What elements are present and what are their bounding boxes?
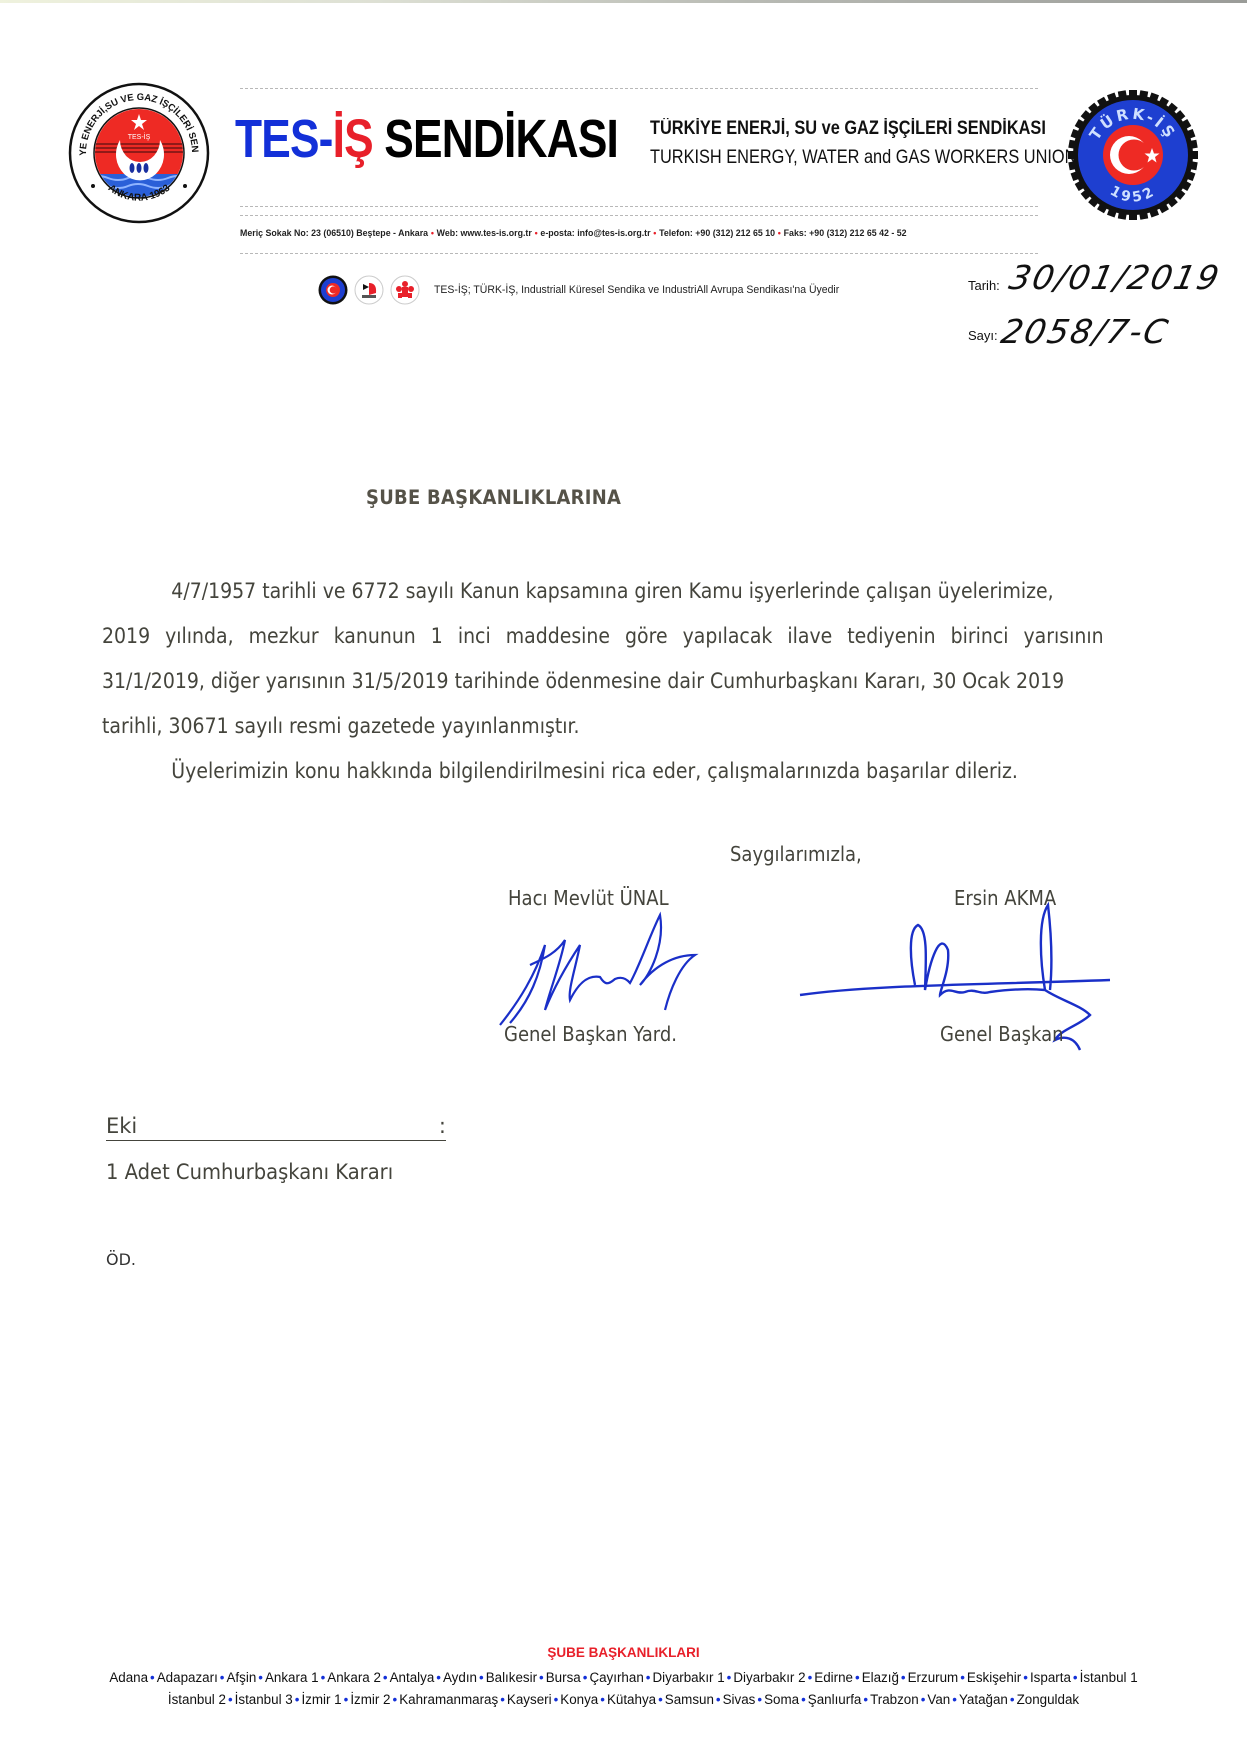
branch-name: Çayırhan (589, 1670, 643, 1685)
letter-paragraph-1: 4/7/1957 tarihli ve 6772 sayılı Kanun ka… (102, 569, 1240, 749)
union-name-turkish: TÜRKİYE ENERJİ, SU ve GAZ İŞÇİLERİ SENDİ… (650, 118, 1046, 140)
bullet-separator: • (428, 228, 437, 239)
bullet-separator: • (853, 1670, 862, 1685)
phone-text: Telefon: +90 (312) 212 65 10 (659, 228, 775, 239)
branch-name: Samsun (665, 1692, 714, 1707)
brand-part-is: İŞ (333, 109, 373, 169)
branch-name: İstanbul 1 (1080, 1670, 1138, 1685)
bullet-separator: • (755, 1692, 764, 1707)
bullet-separator: • (434, 1670, 443, 1685)
branch-name: Ankara 2 (327, 1670, 381, 1685)
header-rule (240, 253, 1038, 254)
email-link[interactable]: e-posta: info@tes-is.org.tr (540, 228, 650, 239)
paragraph-line: 31/1/2019, diğer yarısının 31/5/2019 tar… (102, 659, 1126, 704)
union-name-english: TURKISH ENERGY, WATER and GAS WORKERS UN… (650, 147, 1076, 169)
bullet-separator: • (532, 228, 541, 239)
membership-text: TES-İŞ; TÜRK-İŞ, Industriall Küresel Sen… (434, 284, 839, 296)
date-handwritten: 30/01/2019 (1006, 258, 1224, 297)
bullet-separator: • (537, 1670, 546, 1685)
fax-text: Faks: +90 (312) 212 65 42 - 52 (784, 228, 907, 239)
bullet-separator: • (950, 1692, 959, 1707)
date-label: Tarih: (968, 278, 1000, 293)
branch-name: Sivas (723, 1692, 756, 1707)
branch-name: Trabzon (870, 1692, 919, 1707)
branch-name: Adana (109, 1670, 148, 1685)
header-rule (240, 206, 1038, 207)
brand-part-sendikasi: SENDİKASI (384, 109, 618, 169)
branch-name: Antalya (390, 1670, 435, 1685)
footer-branches-line-1: Adana•Adapazarı•Afşin•Ankara 1•Ankara 2•… (0, 1670, 1247, 1685)
bullet-separator: • (256, 1670, 265, 1685)
distribution-note: ÖD. (106, 1250, 136, 1269)
turk-is-mini-logo-icon (318, 275, 348, 305)
attachments-label-text: Eki (106, 1114, 137, 1138)
bullet-separator: • (148, 1670, 157, 1685)
attachments-label: Eki : (106, 1114, 446, 1141)
branch-name: İzmir 1 (301, 1692, 341, 1707)
paragraph-line: tarihli, 30671 sayılı resmi gazetede yay… (102, 704, 1126, 749)
website-link[interactable]: Web: www.tes-is.org.tr (437, 228, 532, 239)
branch-name: Aydın (443, 1670, 477, 1685)
branch-name: Diyarbakır 2 (733, 1670, 805, 1685)
membership-row: TES-İŞ; TÜRK-İŞ, Industriall Küresel Sen… (318, 275, 875, 305)
branch-name: Kahramanmaraş (399, 1692, 498, 1707)
bullet-separator: • (775, 228, 784, 239)
branch-name: Kütahya (607, 1692, 656, 1707)
closing-salutation: Saygılarımızla, (730, 842, 862, 866)
address-text: Meriç Sokak No: 23 (06510) Beştepe - Ank… (240, 228, 428, 239)
branch-name: Ankara 1 (265, 1670, 319, 1685)
bullet-separator: • (899, 1670, 908, 1685)
bullet-separator: • (1071, 1670, 1080, 1685)
header-rule (240, 88, 1038, 89)
bullet-separator: • (799, 1692, 808, 1707)
branch-name: Eskişehir (967, 1670, 1021, 1685)
bullet-separator: • (656, 1692, 665, 1707)
signatory-1-title: Genel Başkan Yard. (504, 1022, 677, 1046)
brand-part-tes: TES- (235, 109, 333, 169)
branch-name: Edirne (814, 1670, 853, 1685)
union-brand-logotype: TES-İŞSENDİKASI (235, 112, 618, 166)
letter-recipient-heading: ŞUBE BAŞKANLIKLARINA (366, 486, 621, 509)
branch-name: Balıkesir (486, 1670, 537, 1685)
tes-is-emblem-icon: TES-İŞ TÜRKİYE ENERJİ,SU VE GAZ İŞÇİLERİ… (68, 82, 210, 224)
branch-name: Kayseri (507, 1692, 552, 1707)
svg-text:TES-İŞ: TES-İŞ (128, 132, 151, 141)
scan-top-edge (0, 0, 1247, 3)
header-rule (240, 215, 1038, 216)
bullet-separator: • (218, 1670, 227, 1685)
branch-name: Yatağan (959, 1692, 1008, 1707)
bullet-separator: • (806, 1670, 815, 1685)
bullet-separator: • (861, 1692, 870, 1707)
contact-address-line: Meriç Sokak No: 23 (06510) Beştepe - Ank… (240, 228, 907, 239)
bullet-separator: • (598, 1692, 607, 1707)
branch-name: İstanbul 2 (168, 1692, 226, 1707)
footer-branches-title: ŞUBE BAŞKANLIKLARI (0, 1645, 1247, 1660)
branch-name: Erzurum (908, 1670, 959, 1685)
industriall-europe-logo-icon (390, 275, 420, 305)
bullet-separator: • (651, 228, 660, 239)
bullet-separator: • (552, 1692, 561, 1707)
branch-name: Elazığ (862, 1670, 899, 1685)
bullet-separator: • (477, 1670, 486, 1685)
branch-name: Adapazarı (157, 1670, 218, 1685)
bullet-separator: • (1021, 1670, 1030, 1685)
paragraph-line: Üyelerimizin konu hakkında bilgilendiril… (102, 749, 1126, 794)
bullet-separator: • (391, 1692, 400, 1707)
branch-name: Diyarbakır 1 (652, 1670, 724, 1685)
bullet-separator: • (958, 1670, 967, 1685)
attachment-item: 1 Adet Cumhurbaşkanı Kararı (106, 1160, 393, 1184)
number-handwritten: 2058/7-C (998, 312, 1173, 351)
bullet-separator: • (714, 1692, 723, 1707)
signatory-2-title: Genel Başkan (940, 1022, 1064, 1046)
branch-name: Isparta (1030, 1670, 1071, 1685)
branch-name: Soma (764, 1692, 799, 1707)
branch-name: Bursa (546, 1670, 581, 1685)
bullet-separator: • (226, 1692, 235, 1707)
industriall-global-logo-icon (354, 275, 384, 305)
branch-name: İstanbul 3 (235, 1692, 293, 1707)
number-label: Sayı: (968, 328, 998, 343)
footer-branches-line-2: İstanbul 2•İstanbul 3•İzmir 1•İzmir 2•Ka… (0, 1692, 1247, 1707)
attachments-colon: : (439, 1114, 446, 1138)
bullet-separator: • (1008, 1692, 1017, 1707)
branch-name: Afşin (227, 1670, 257, 1685)
letter-paragraph-2: Üyelerimizin konu hakkında bilgilendiril… (102, 749, 1240, 794)
branch-name: Şanlıurfa (808, 1692, 862, 1707)
turk-is-gear-emblem-icon: TÜRK-İŞ 1952 (1066, 88, 1200, 222)
branch-name: Van (927, 1692, 950, 1707)
bullet-separator: • (498, 1692, 507, 1707)
bullet-separator: • (381, 1670, 390, 1685)
signature-1 (490, 905, 720, 1035)
branch-name: Zonguldak (1017, 1692, 1080, 1707)
paragraph-line: 4/7/1957 tarihli ve 6772 sayılı Kanun ka… (102, 569, 1126, 614)
branch-name: İzmir 2 (350, 1692, 390, 1707)
branch-name: Konya (560, 1692, 598, 1707)
paragraph-line: 2019 yılında, mezkur kanunun 1 inci madd… (102, 614, 1126, 659)
bullet-separator: • (319, 1670, 328, 1685)
